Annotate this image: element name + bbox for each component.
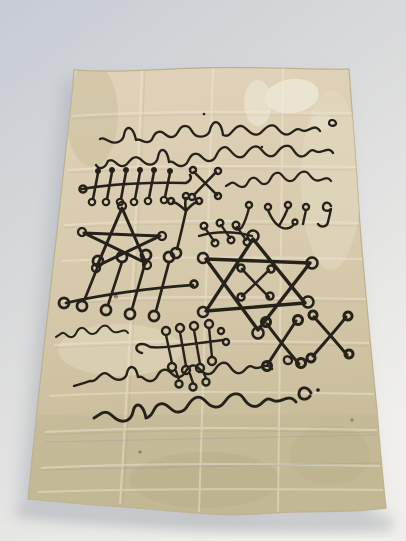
- stain-white-top-2: [244, 80, 272, 126]
- photo-of-amulet: [0, 0, 406, 541]
- brown-fleck-2: [138, 450, 141, 453]
- brown-fleck-3: [350, 418, 354, 422]
- stain-dark-bottom: [130, 452, 280, 508]
- photo-canvas: [0, 0, 406, 541]
- stain-dark-bottom-2: [290, 425, 370, 485]
